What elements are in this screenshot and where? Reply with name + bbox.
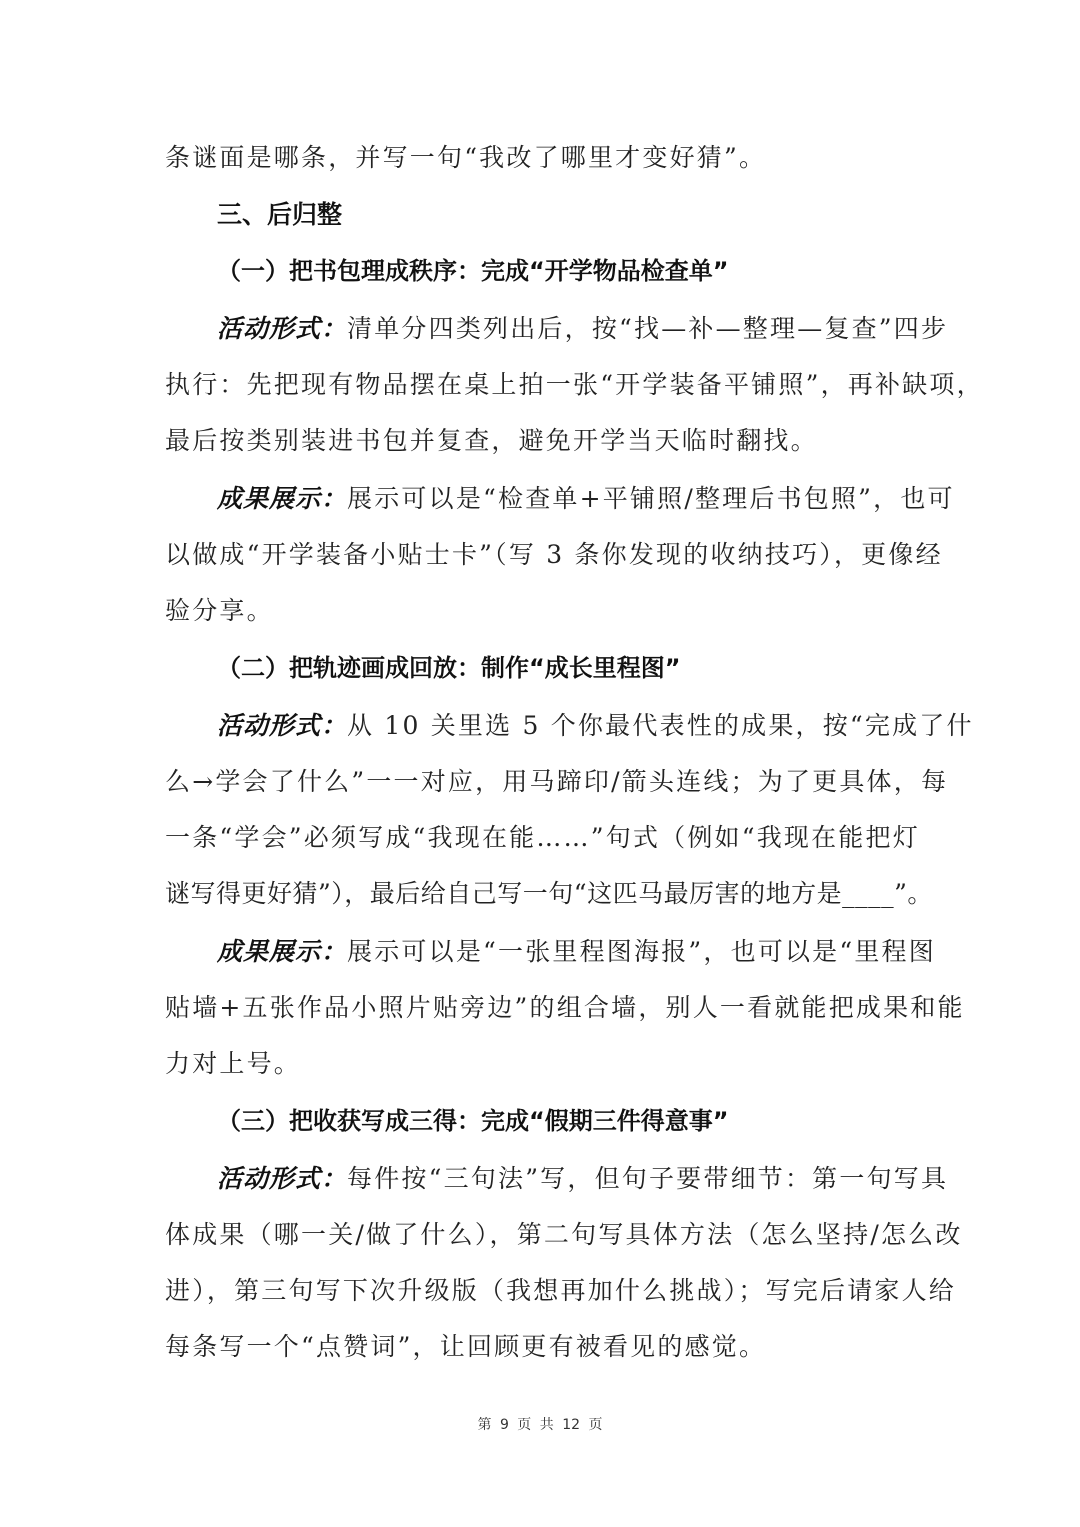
activity-paragraph-2-line-1: 活动形式：从 10 关里选 5 个你最代表性的成果，按“完成了什 [165,711,917,741]
result-label: 成果展示： [217,937,347,966]
subsection-title-2: （二）把轨迹画成回放：制作“成长里程图” [217,653,681,683]
result-paragraph-2-line-2: 贴墙+五张作品小照片贴旁边”的组合墙，别人一看就能把成果和能 [165,993,917,1023]
activity-label: 活动形式： [217,1164,347,1193]
activity-paragraph-3-line-3: 进），第三句写下次升级版（我想再加什么挑战）；写完后请家人给 [165,1276,917,1306]
activity-paragraph-1-line-1: 活动形式：清单分四类列出后，按“找—补—整理—复查”四步 [165,314,917,344]
continuation-line: 条谜面是哪条，并写一句“我改了哪里才变好猜”。 [165,143,917,173]
activity-paragraph-2-line-3: 一条“学会”必须写成“我现在能……”句式（例如“我现在能把灯 [165,823,917,853]
activity-text: 从 10 关里选 5 个你最代表性的成果，按“完成了什 [347,711,974,740]
subsection-title-3: （三）把收获写成三得：完成“假期三件得意事” [217,1106,729,1136]
activity-paragraph-3-line-1: 活动形式：每件按“三句法”写，但句子要带细节：第一句写具 [165,1164,917,1194]
activity-paragraph-1-line-3: 最后按类别装进书包并复查，避免开学当天临时翻找。 [165,426,917,456]
result-label: 成果展示： [217,484,347,513]
page-number-footer: 第 9 页 共 12 页 [0,1414,1080,1434]
result-paragraph-2-line-3: 力对上号。 [165,1049,917,1079]
activity-paragraph-2-line-2: 么→学会了什么”一一对应，用马蹄印/箭头连线；为了更具体，每 [165,767,917,797]
subsection-title-1: （一）把书包理成秩序：完成“开学物品检查单” [217,256,729,286]
result-text: 展示可以是“检查单+平铺照/整理后书包照”，也可 [347,484,955,513]
activity-paragraph-2-line-4: 谜写得更好猜”），最后给自己写一句“这匹马最厉害的地方是____”。 [165,879,917,909]
activity-text: 每件按“三句法”写，但句子要带细节：第一句写具 [347,1164,948,1193]
section-title: 三、后归整 [217,200,342,230]
activity-label: 活动形式： [217,711,347,740]
activity-label: 活动形式： [217,314,347,343]
result-paragraph-1-line-3: 验分享。 [165,596,917,626]
result-text: 展示可以是“一张里程图海报”，也可以是“里程图 [347,937,936,966]
result-paragraph-1-line-2: 以做成“开学装备小贴士卡”（写 3 条你发现的收纳技巧），更像经 [165,540,917,570]
activity-text: 清单分四类列出后，按“找—补—整理—复查”四步 [347,314,948,343]
result-paragraph-1-line-1: 成果展示：展示可以是“检查单+平铺照/整理后书包照”，也可 [165,484,917,514]
activity-paragraph-1-line-2: 执行：先把现有物品摆在桌上拍一张“开学装备平铺照”，再补缺项， [165,370,917,400]
activity-paragraph-3-line-4: 每条写一个“点赞词”，让回顾更有被看见的感觉。 [165,1332,917,1362]
activity-paragraph-3-line-2: 体成果（哪一关/做了什么），第二句写具体方法（怎么坚持/怎么改 [165,1220,917,1250]
result-paragraph-2-line-1: 成果展示：展示可以是“一张里程图海报”，也可以是“里程图 [165,937,917,967]
